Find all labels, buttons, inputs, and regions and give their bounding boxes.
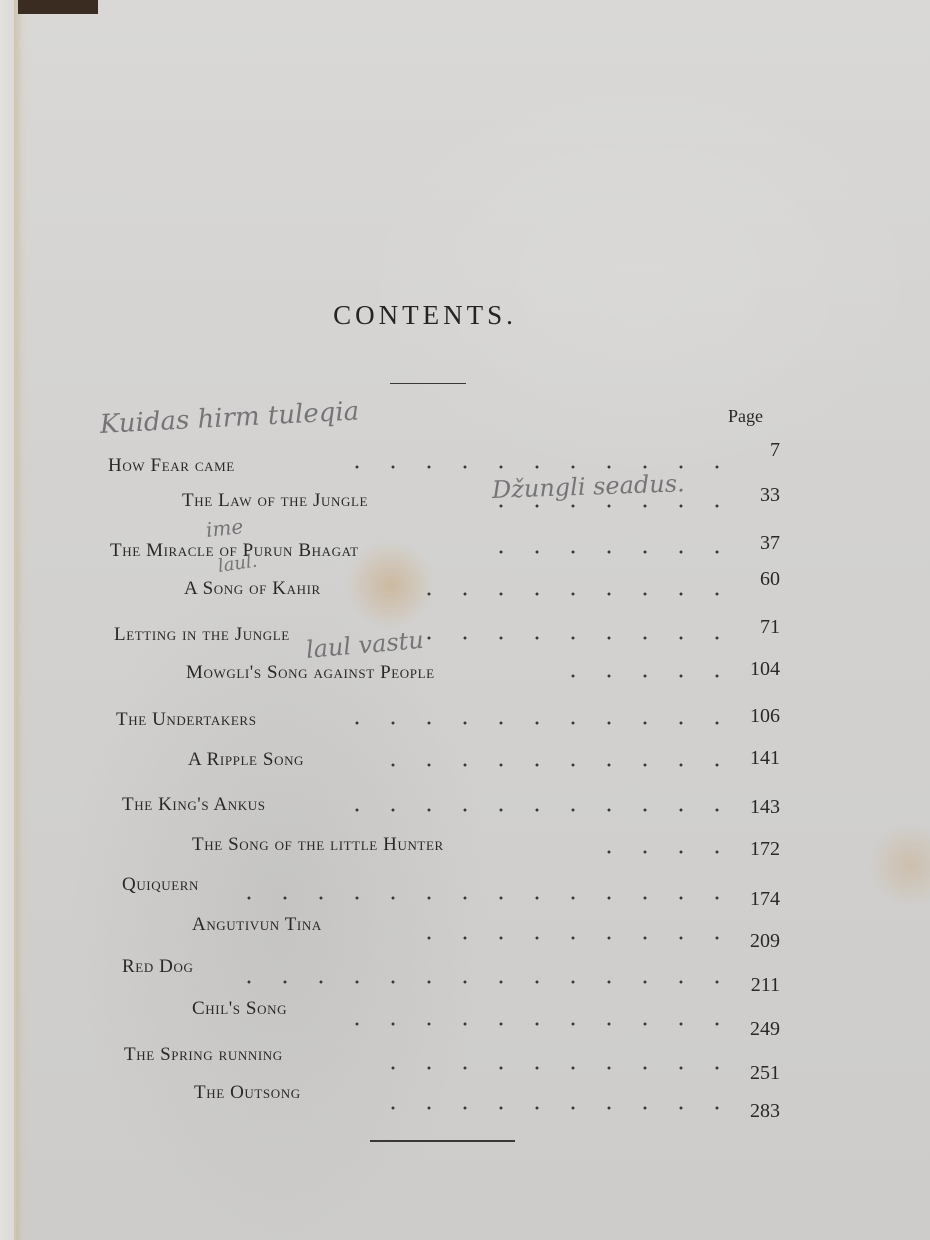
- entry-page: 172: [720, 838, 780, 861]
- book-page: CONTENTS. Page How Fear came 7 The Law o…: [0, 0, 930, 1240]
- book-cover-edge: [18, 0, 98, 14]
- toc-entry[interactable]: The Law of the Jungle 33: [0, 490, 930, 520]
- leader-dots: [375, 1106, 735, 1110]
- leader-dots: [405, 592, 735, 596]
- toc-entry[interactable]: A Ripple Song 141: [0, 749, 930, 779]
- leader-dots: [598, 850, 735, 854]
- title-rule: [390, 383, 466, 384]
- entry-page: 7: [720, 439, 780, 462]
- leader-dots: [340, 808, 735, 812]
- leader-dots: [400, 936, 735, 940]
- leader-dots: [340, 1022, 735, 1026]
- toc-entry[interactable]: A Song of Kahir 60: [0, 578, 930, 608]
- leader-dots: [480, 504, 735, 508]
- toc-entry[interactable]: The King's Ankus 143: [0, 794, 930, 824]
- entry-page: 141: [720, 747, 780, 770]
- leader-dots: [490, 550, 735, 554]
- toc-entry[interactable]: The Spring running 251: [0, 1044, 930, 1074]
- leader-dots: [245, 980, 735, 984]
- entry-title: Angutivun Tina: [192, 914, 322, 936]
- leader-dots: [395, 636, 735, 640]
- page-column-header: Page: [728, 406, 763, 427]
- handwritten-note: laul.: [217, 551, 259, 577]
- entry-title: Mowgli's Song against People: [186, 662, 435, 684]
- toc-entry[interactable]: The Miracle of Purun Bhagat 37: [0, 540, 930, 570]
- entry-title: The Song of the little Hunter: [192, 834, 444, 856]
- leader-dots: [562, 674, 735, 678]
- toc-entry[interactable]: The Outsong 283: [0, 1082, 930, 1112]
- leader-dots: [245, 896, 735, 900]
- entry-title: A Ripple Song: [188, 749, 304, 771]
- entry-page: 211: [720, 974, 780, 997]
- leader-dots: [368, 763, 735, 767]
- toc-entry[interactable]: Mowgli's Song against People 104: [0, 662, 930, 692]
- entry-title: Chil's Song: [192, 998, 287, 1020]
- entry-page: 209: [720, 930, 780, 953]
- toc-entry[interactable]: The Song of the little Hunter 172: [0, 834, 930, 864]
- entry-page: 283: [720, 1100, 780, 1123]
- toc-entry[interactable]: Quiquern 174: [0, 874, 930, 904]
- toc-entry[interactable]: Angutivun Tina 209: [0, 914, 930, 944]
- entry-title: Letting in the Jungle: [114, 624, 290, 646]
- entry-title: The Spring running: [124, 1044, 283, 1066]
- leader-dots: [333, 721, 735, 725]
- toc-entry[interactable]: Red Dog 211: [0, 956, 930, 986]
- entry-title: The Law of the Jungle: [182, 490, 368, 512]
- entry-page: 60: [720, 568, 780, 591]
- entry-page: 106: [720, 705, 780, 728]
- leader-dots: [330, 465, 735, 469]
- toc-entry[interactable]: The Undertakers 106: [0, 709, 930, 739]
- page-title: CONTENTS.: [0, 300, 850, 331]
- toc-entry[interactable]: Chil's Song 249: [0, 998, 930, 1028]
- entry-page: 174: [720, 888, 780, 911]
- entry-title: Quiquern: [122, 874, 199, 896]
- entry-page: 37: [720, 532, 780, 555]
- entry-title: Red Dog: [122, 956, 193, 978]
- toc-entry[interactable]: How Fear came 7: [0, 455, 930, 485]
- handwritten-note: Kuidas hirm tuleqia: [99, 396, 360, 440]
- entry-title: The Undertakers: [116, 709, 257, 731]
- entry-title: How Fear came: [108, 455, 235, 477]
- entry-title: A Song of Kahir: [184, 578, 321, 600]
- handwritten-note: ime: [205, 514, 245, 542]
- entry-title: The Outsong: [194, 1082, 301, 1104]
- entry-title: The King's Ankus: [122, 794, 266, 816]
- leader-dots: [375, 1066, 735, 1070]
- toc-entry[interactable]: Letting in the Jungle 71: [0, 624, 930, 654]
- entry-page: 249: [720, 1018, 780, 1041]
- entry-page: 33: [720, 484, 780, 507]
- end-rule: [370, 1140, 515, 1142]
- entry-page: 104: [720, 658, 780, 681]
- entry-page: 143: [720, 796, 780, 819]
- entry-page: 71: [720, 616, 780, 639]
